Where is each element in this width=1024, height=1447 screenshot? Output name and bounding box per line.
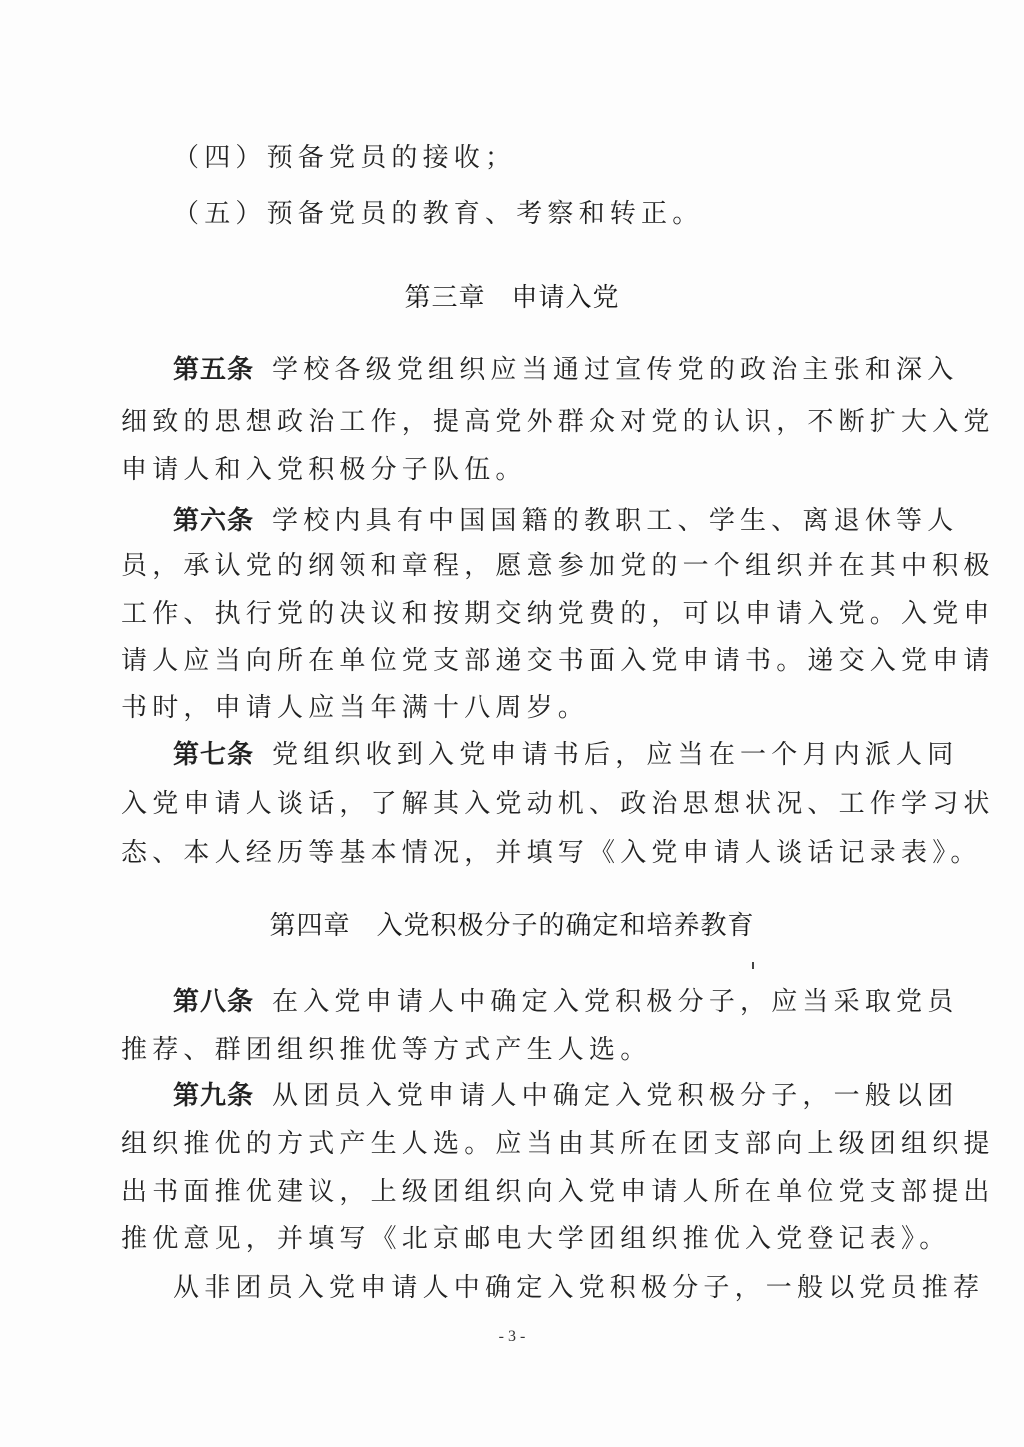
article-6-line-4: 请人应当向所在单位党支部递交书面入党申请书。递交入党申请: [121, 643, 901, 679]
article-6-line-2: 员，承认党的纲领和章程，愿意参加党的一个组织并在其中积极: [121, 548, 901, 584]
article-6-line-5: 书时，申请人应当年满十八周岁。: [121, 690, 901, 726]
chapter-number: 第四章: [269, 911, 350, 941]
article-8-line-1: 第八条在入党申请人中确定入党积极分子，应当采取党员: [173, 984, 953, 1020]
chapter-number: 第三章: [404, 283, 485, 313]
article-6-line-1: 第六条学校内具有中国国籍的教职工、学生、离退休等人: [173, 503, 953, 539]
article-7-line-3: 态、本人经历等基本情况，并填写《入党申请人谈话记录表》。: [121, 835, 901, 871]
article-7-line-2: 入党申请人谈话，了解其入党动机、政治思想状况、工作学习状: [121, 786, 901, 822]
page-number: - 3 -: [0, 1328, 1024, 1346]
article-9-line-2: 组织推优的方式产生人选。应当由其所在团支部向上级团组织提: [121, 1126, 901, 1162]
article-8-line-2: 推荐、群团组织推优等方式产生人选。: [121, 1032, 901, 1068]
article-label: 第九条: [173, 1081, 254, 1111]
article-5-line-1: 第五条学校各级党组织应当通过宣传党的政治主张和深入: [173, 352, 953, 388]
article-5-line-3: 申请人和入党积极分子队伍。: [121, 452, 901, 488]
article-6-line-3: 工作、执行党的决议和按期交纳党费的，可以申请入党。入党申: [121, 596, 901, 632]
scan-mark: [752, 962, 754, 969]
article-9-line-4: 推优意见，并填写《北京邮电大学团组织推优入党登记表》。: [121, 1221, 901, 1257]
article-label: 第七条: [173, 740, 254, 770]
chapter-title: 申请入党: [512, 283, 620, 313]
article-label: 第六条: [173, 506, 254, 536]
chapter-title: 入党积极分子的确定和培养教育: [377, 911, 755, 941]
list-item-4: （四）预备党员的接收；: [173, 140, 953, 176]
chapter-heading-4: 第四章入党积极分子的确定和培养教育: [0, 908, 1024, 944]
list-item-5: （五）预备党员的教育、考察和转正。: [173, 196, 953, 232]
article-label: 第五条: [173, 355, 254, 385]
article-9-line-3: 出书面推优建议，上级团组织向入党申请人所在单位党支部提出: [121, 1174, 901, 1210]
article-9-line-5: 从非团员入党申请人中确定入党积极分子，一般以党员推荐: [173, 1270, 953, 1306]
article-9-line-1: 第九条从团员入党申请人中确定入党积极分子，一般以团: [173, 1078, 953, 1114]
chapter-heading-3: 第三章申请入党: [0, 280, 1024, 316]
article-label: 第八条: [173, 987, 254, 1017]
article-5-line-2: 细致的思想政治工作，提高党外群众对党的认识，不断扩大入党: [121, 404, 901, 440]
article-7-line-1: 第七条党组织收到入党申请书后，应当在一个月内派人同: [173, 737, 953, 773]
